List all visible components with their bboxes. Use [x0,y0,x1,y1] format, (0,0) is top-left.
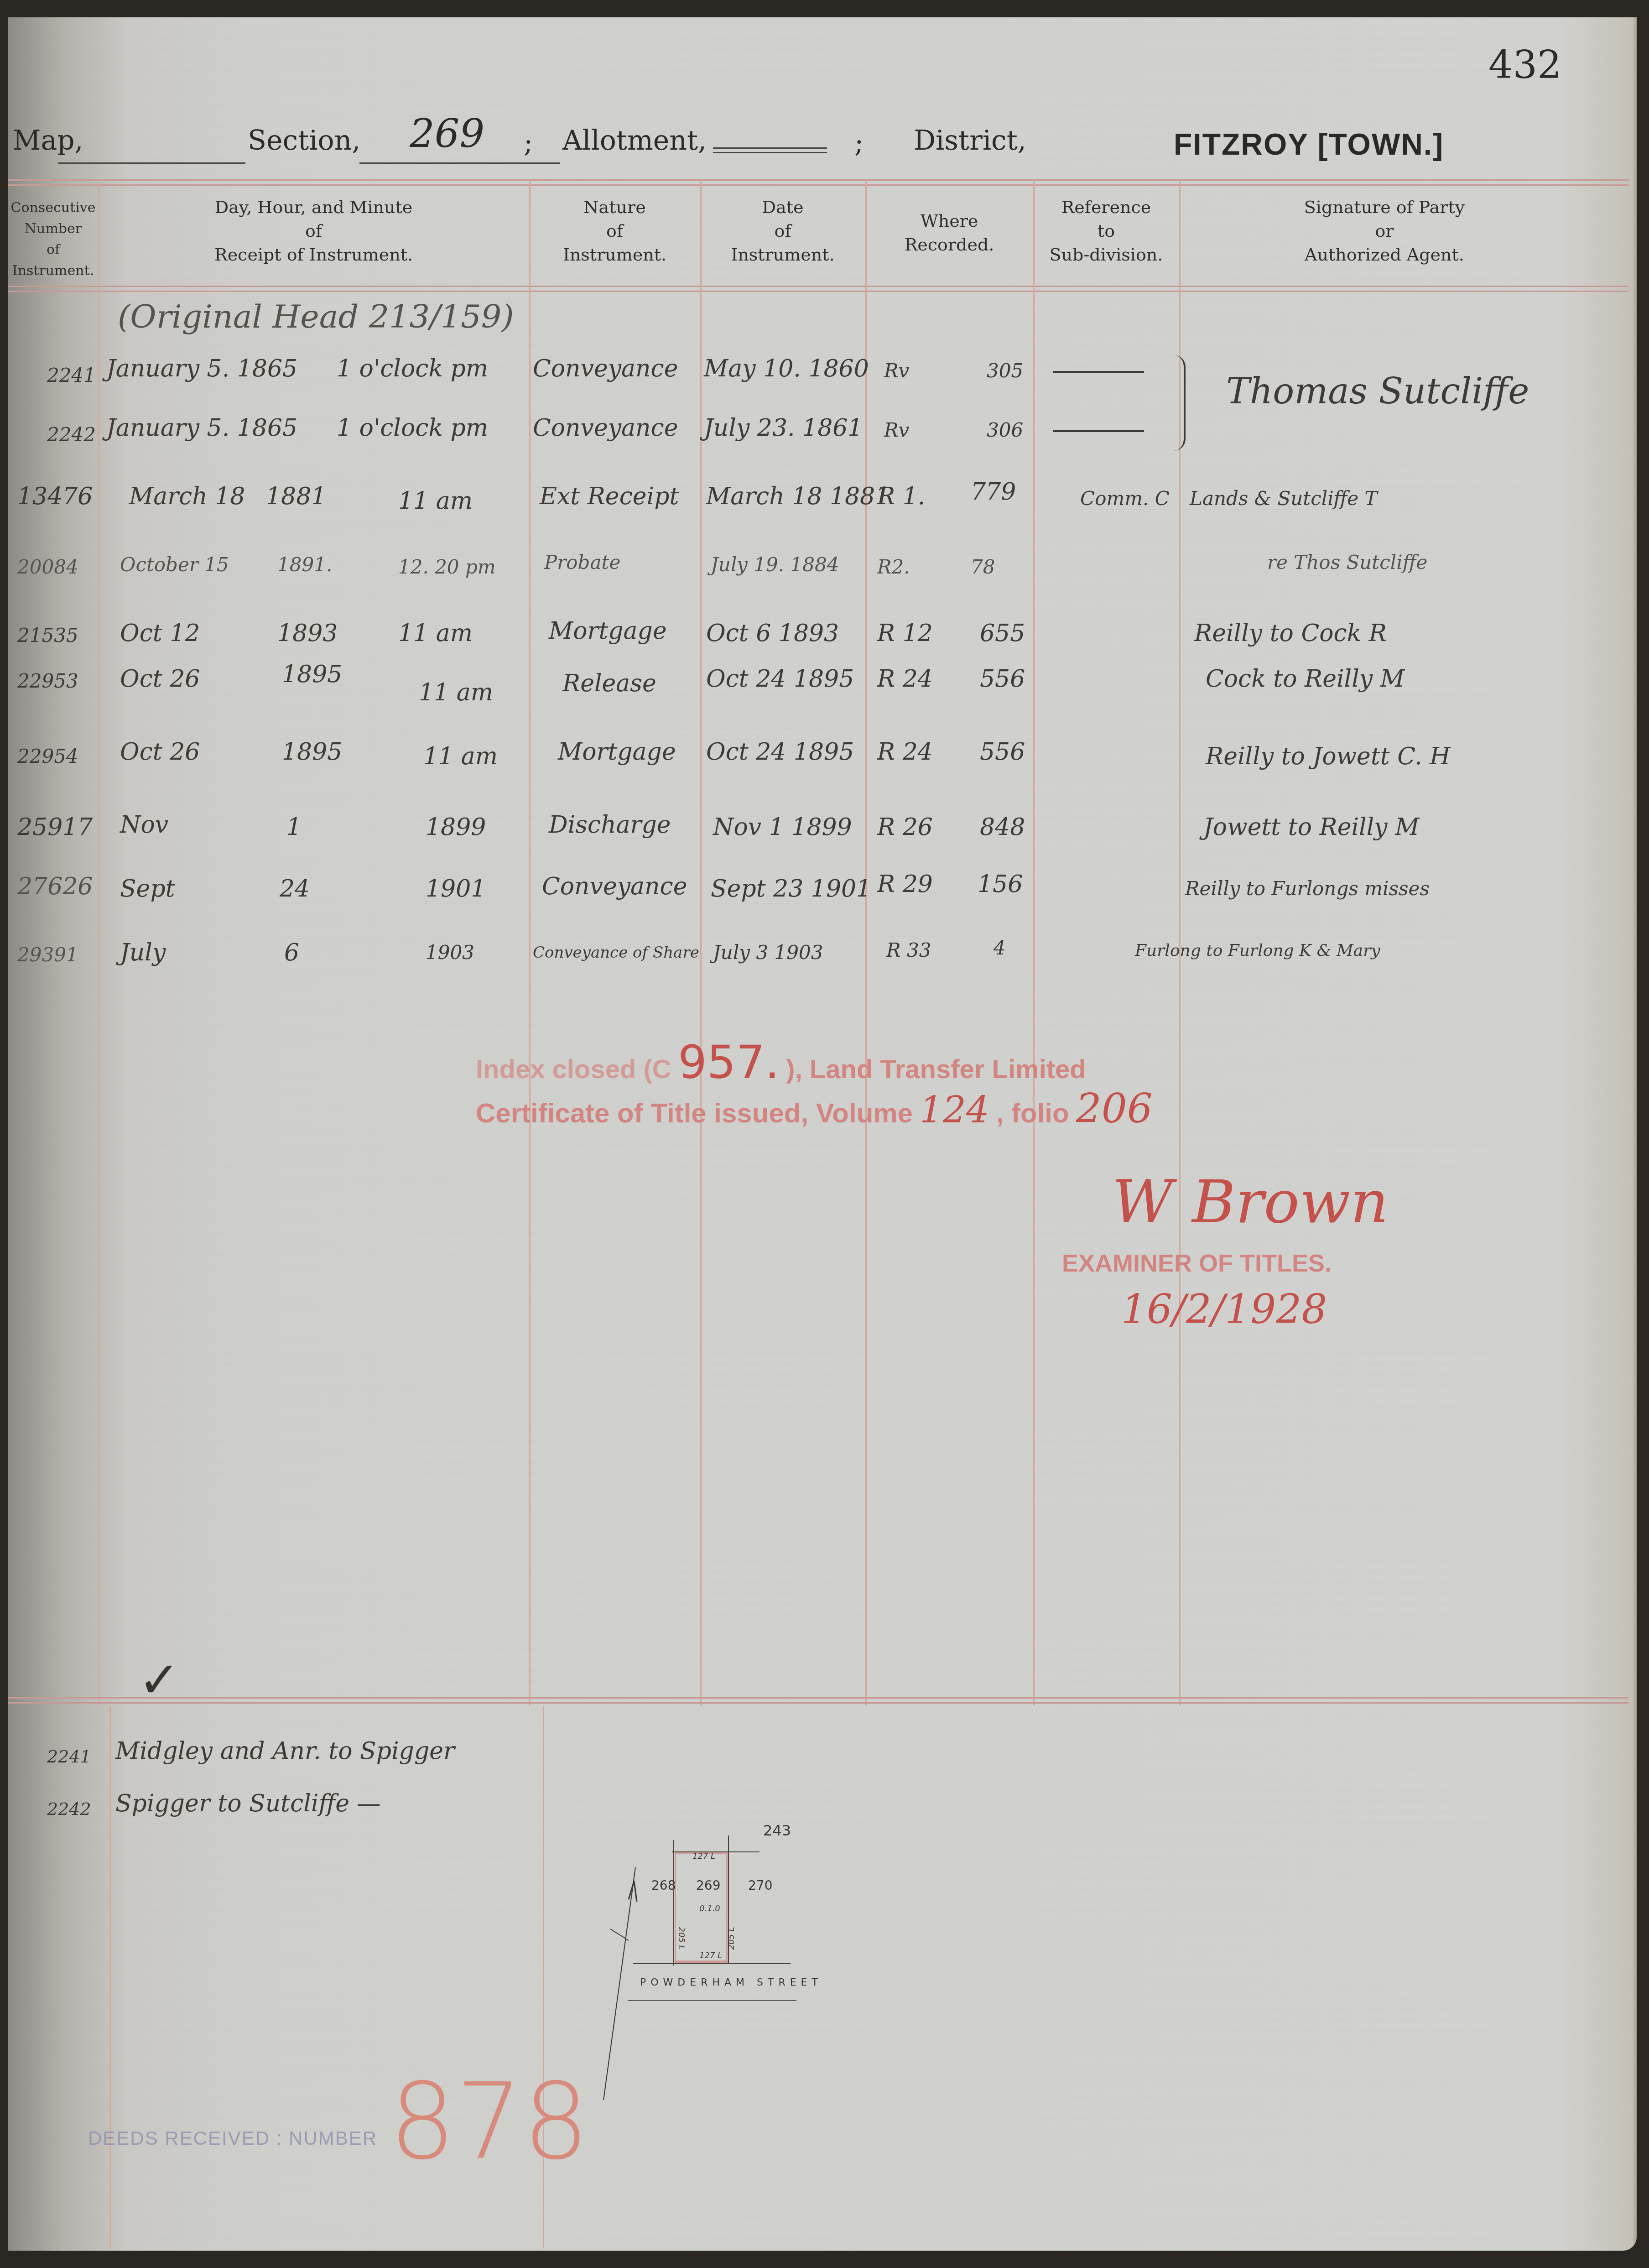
col-header-receipt: Day, Hour, and Minute of Receipt of Inst… [98,195,529,266]
row-receipt-day: 6 [284,939,299,966]
plan-top-dim: 127 L [692,1851,715,1861]
row-receipt-hour: 11 am [419,679,493,706]
row-receipt-year: 1899 [426,813,486,841]
row-signature: Reilly to Cock R [1194,620,1387,647]
col-header-nature: Nature of Instrument. [529,195,700,266]
col-divider-3 [700,182,702,1705]
row-receipt-year: 1901 [426,875,486,902]
header-top-rule [8,179,1628,181]
folio-number: 206 [1076,1085,1153,1132]
plan-left-dim: 205 L [676,1927,686,1950]
row-signature: Furlong to Furlong K & Mary [1135,941,1380,960]
lower-divider-1 [109,1705,111,2248]
row-ref-dash [1053,371,1144,373]
col-header-where: Where Recorded. [865,209,1033,256]
row-nature: Discharge [549,811,671,839]
lower-rule-2 [8,1702,1628,1704]
semicolon-2: ; [854,127,864,159]
allotment-plan: 243 127 L 268 269 270 0.1.0 205 L 205 L … [601,1806,1012,2125]
allotment-label: Allotment, [562,125,707,156]
examiner-date: 16/2/1928 [1121,1286,1327,1333]
row-receipt-day: Oct 26 [120,738,200,766]
row-nature: Conveyance [533,355,678,382]
col-header-line: Receipt of Instrument. [98,243,529,266]
row-date: July 23. 1861 [704,414,863,442]
row-signature: Reilly to Jowett C. H [1206,743,1451,770]
closed-number: 957. [678,1036,780,1089]
row-where: R 29 [877,871,933,898]
row-number: 21535 [17,624,78,647]
deeds-received-number: 878 [389,2061,589,2183]
row-folio: 779 [971,478,1016,506]
row-receipt-hour: 1 o'clock pm [337,414,488,442]
plan-west-line [673,1840,674,1966]
map-field [58,162,245,164]
row-date: Sept 23 1901 [711,875,871,902]
row-receipt-day: January 5. 1865 [106,355,297,382]
row-receipt-month: Nov [120,811,168,839]
row-folio: 556 [980,665,1025,693]
row-receipt-day: 24 [280,875,310,902]
col-header-line: Recorded. [865,233,1033,256]
row-where: Rv [884,360,909,382]
row-number: 13476 [17,483,93,510]
plan-lot-east: 270 [748,1878,772,1893]
examiner-label: EXAMINER OF TITLES. [1062,1249,1332,1277]
stamp-text: , folio [996,1098,1069,1128]
plan-lot-west: 268 [651,1878,676,1893]
row-nature: Conveyance [533,414,678,442]
col-header-line: Instrument. [529,243,700,266]
col-header-line: Date [700,195,865,219]
row-number: 22953 [17,670,78,692]
lower-entry-text: Midgley and Anr. to Spigger [115,1737,455,1765]
plan-street-line-bottom [628,2000,796,2001]
row-receipt-day: March 18 [129,483,245,510]
row-date: July 3 1903 [713,941,823,964]
row-signature: Jowett to Reilly M [1203,813,1419,841]
row-receipt-hour: 1 o'clock pm [337,355,488,382]
plan-area: 0.1.0 [699,1904,720,1913]
row-receipt-day: October 15 [120,553,229,576]
row-date: March 18 1881 [706,483,890,510]
lower-entry-text: Spigger to Sutcliffe — [115,1790,381,1817]
allotment-field [713,147,827,149]
row-where: R 33 [886,939,931,961]
row-nature: Probate [544,551,620,574]
col-header-line: to [1033,219,1179,243]
col-header-line: Day, Hour, and Minute [98,195,529,219]
row-receipt-year: 1891. [277,553,332,576]
row-where: R 1. [877,483,925,510]
col-header-line: Consecutive [8,198,98,219]
row-nature: Mortgage [549,617,667,645]
row-number: 27626 [17,873,93,900]
deeds-received-label: DEEDS RECEIVED : NUMBER [88,2127,377,2149]
plan-red-bottom [675,1960,728,1963]
row-receipt-day: January 5. 1865 [106,414,297,442]
col-header-line: Signature of Party [1179,195,1590,219]
row-date: July 19. 1884 [711,553,839,576]
row-folio: 4 [994,937,1006,959]
row-number: 2242 [47,423,96,446]
col-header-line: Authorized Agent. [1179,243,1590,266]
col-header-date: Date of Instrument. [700,195,865,266]
col-header-line: Reference [1033,195,1179,219]
stamp-line-1: Index closed (C 957. ), Land Transfer Li… [476,1044,1153,1088]
row-receipt-day: Oct 26 [120,665,200,693]
examiner-signature: W Brown [1112,1167,1389,1236]
row-signature: Lands & Sutcliffe T [1190,487,1378,510]
row-signature: Cock to Reilly M [1206,665,1405,693]
volume-number: 124 [920,1089,989,1131]
row-folio: 655 [980,620,1025,647]
lower-entry-number: 2241 [47,1747,91,1767]
section-value: 269 [410,111,484,156]
section-field [359,162,560,164]
row-nature: Ext Receipt [540,483,679,510]
semicolon: ; [524,127,533,159]
row-nature: Mortgage [558,738,676,766]
row-where: R2. [877,556,910,578]
col-header-line: Sub-division. [1033,243,1179,266]
map-label: Map, [13,125,83,156]
stamp-line-2: Certificate of Title issued, Volume 124 … [476,1088,1153,1134]
col-header-line: of Instrument. [8,240,98,282]
row-receipt-year: 1903 [426,941,474,964]
row-folio: 305 [987,360,1023,382]
row-number: 2241 [47,364,96,386]
plan-street-name: POWDERHAM STREET [640,1977,822,1988]
row-signature: Thomas Sutcliffe [1226,371,1529,412]
row-receipt-day: Oct 12 [120,620,200,647]
col-header-line: of [98,219,529,243]
row-receipt-hour: 11 am [423,743,498,770]
row-date: May 10. 1860 [704,355,869,382]
north-arrow-icon [601,1865,642,2102]
col-divider-4 [865,182,867,1705]
lower-entry-number: 2242 [47,1799,91,1819]
plan-lot-north: 243 [763,1822,791,1839]
row-where: R 12 [877,620,933,647]
col-header-line: of [529,219,700,243]
row-signature: Reilly to Furlongs misses [1185,877,1430,900]
section-label: Section, [248,125,360,156]
col-header-line: Instrument. [700,243,865,266]
row-folio: 848 [980,813,1025,841]
header-top-rule-2 [8,184,1628,186]
row-where: Rv [884,419,909,441]
district-label: District, [914,125,1026,156]
col-divider-1 [98,182,99,1705]
row-nature: Conveyance of Share [533,944,699,962]
row-receipt-year: 1881 [266,483,326,510]
row-receipt-month: July [120,939,166,966]
plan-street-line-top [633,1963,791,1964]
stamp-text: Index closed (C [476,1054,671,1084]
row-date: Oct 24 1895 [706,738,854,766]
col-divider-5 [1033,182,1035,1705]
col-header-line: Nature [529,195,700,219]
row-folio: 306 [987,419,1023,441]
row-nature: Conveyance [542,873,687,900]
row-number: 22954 [17,745,78,767]
col-header-line: Where [865,209,1033,233]
header-bottom-rule [8,286,1628,287]
row-receipt-year: 1895 [282,661,342,688]
row-folio: 78 [971,556,995,578]
row-receipt-year: 1893 [277,620,338,647]
row-signature: re Thos Sutcliffe [1267,551,1427,574]
brace-icon [1174,355,1186,451]
plan-red-left [675,1852,676,1962]
row-where: R 24 [877,665,933,693]
row-receipt-day: 1 [286,813,302,841]
allotment-field-2 [713,152,827,153]
row-receipt-month: Sept [120,875,175,902]
header-bottom-rule-2 [8,291,1628,292]
row-receipt-hour: 11 am [398,620,473,647]
lower-rule [8,1697,1628,1699]
plan-right-dim: 205 L [727,1927,736,1950]
row-number: 29391 [17,944,78,966]
row-date: Oct 24 1895 [706,665,854,693]
row-ref: Comm. C [1080,487,1170,510]
row-date: Nov 1 1899 [713,813,852,841]
stamp-text: Certificate of Title issued, Volume [476,1098,913,1128]
index-closed-stamp: Index closed (C 957. ), Land Transfer Li… [476,1044,1153,1134]
col-header-signature: Signature of Party or Authorized Agent. [1179,195,1590,266]
plan-lot-center: 269 [696,1878,720,1893]
col-header-line: or [1179,219,1590,243]
col-divider-2 [529,182,531,1705]
row-ref-dash [1053,430,1144,432]
col-header-number: Consecutive Number of Instrument. [8,198,98,282]
plan-bottom-dim: 127 L [699,1951,722,1960]
row-receipt-hour: 12. 20 pm [398,556,496,578]
page-number: 432 [1488,42,1561,87]
row-number: 20084 [17,556,78,578]
register-page: 432 Map, Section, 269 ; Allotment, ; Dis… [8,17,1637,2251]
row-where: R 24 [877,738,933,766]
col-header-line: of [700,219,865,243]
row-number: 25917 [17,813,93,841]
row-where: R 26 [877,813,933,841]
district-value: FITZROY [TOWN.] [1174,127,1444,162]
original-head-note: (Original Head 213/159) [118,298,514,335]
col-header-line: Number [8,219,98,240]
col-header-reference: Reference to Sub-division. [1033,195,1179,266]
row-receipt-hour: 11 am [398,487,473,515]
row-folio: 156 [978,871,1023,898]
row-folio: 556 [980,738,1025,766]
stamp-text: ), Land Transfer Limited [786,1054,1086,1084]
checkmark-icon: ✓ [138,1651,180,1709]
row-nature: Release [562,670,656,697]
row-date: Oct 6 1893 [706,620,839,647]
row-receipt-year: 1895 [282,738,342,766]
